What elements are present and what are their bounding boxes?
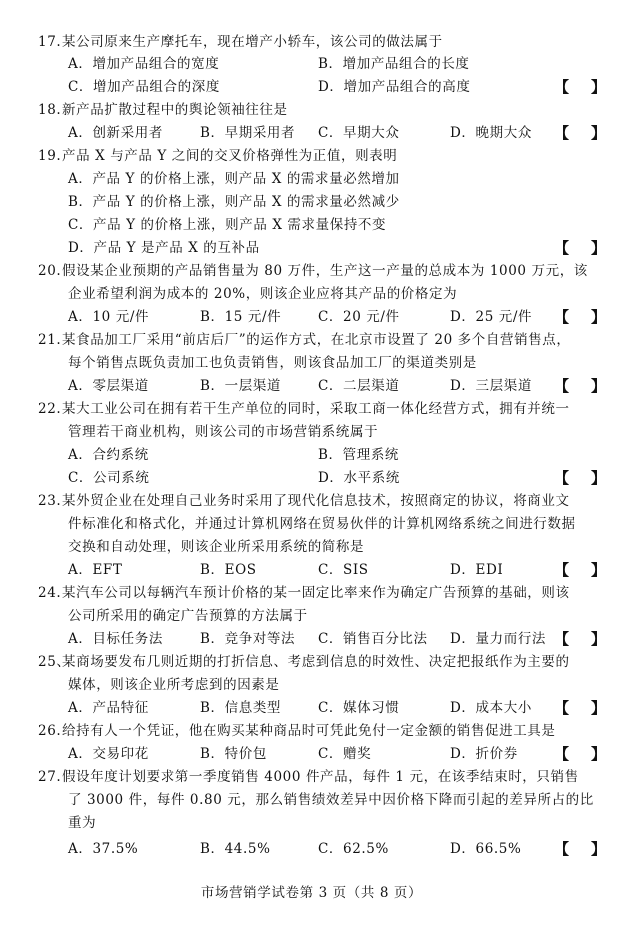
question-number: 24. <box>38 582 61 604</box>
option-c: C．赠奖 <box>318 743 371 765</box>
answer-bracket: 【】 <box>554 76 596 98</box>
question-number: 21. <box>38 329 61 351</box>
option-c: C．媒体习惯 <box>318 697 399 719</box>
option-b: B．管理系统 <box>318 444 399 466</box>
question-text: 假设某企业预期的产品销售量为 80 万件，生产这一产量的总成本为 1000 万元… <box>62 260 588 282</box>
question-text: 件标准化和格式化，并通过计算机网络在贸易伙伴的计算机网络系统之间进行数据 <box>68 513 576 535</box>
option-d: D．产品 Y 是产品 X 的互补品 <box>68 237 260 259</box>
question-text: 某大工业公司在拥有若干生产单位的同时，采取工商一体化经营方式，拥有并统一 <box>62 398 570 420</box>
question-text: 公司所采用的确定广告预算的方法属于 <box>68 605 308 627</box>
option-d: D．三层渠道 <box>450 375 532 397</box>
question-text: 某汽车公司以每辆汽车预计价格的某一固定比率来作为确定广告预算的基础，则该 <box>62 582 570 604</box>
question-number: 23. <box>38 490 61 512</box>
answer-bracket: 【】 <box>554 743 596 765</box>
answer-bracket: 【】 <box>554 697 596 719</box>
page-footer: 市场营销学试卷第 3 页（共 8 页） <box>0 881 623 901</box>
answer-bracket: 【】 <box>554 628 596 650</box>
question-text: 给持有人一个凭证，他在购买某种商品时可凭此免付一定金额的销售促进工具是 <box>62 720 556 742</box>
question-number: 18. <box>38 99 61 121</box>
question-text: 了 3000 件，每件 0.80 元，那么销售绩效差异中因价格下降而引起的差异所… <box>68 789 594 811</box>
option-c: C．销售百分比法 <box>318 628 428 650</box>
option-d: D．折价券 <box>450 743 518 765</box>
question-text: 假设年度计划要求第一季度销售 4000 件产品，每件 1 元，在该季结束时，只销… <box>62 766 579 788</box>
option-b: B．早期采用者 <box>200 122 295 144</box>
option-c: C．二层渠道 <box>318 375 399 397</box>
option-a: A．EFT <box>68 559 122 581</box>
question-number: 20. <box>38 260 61 282</box>
question-number: 19. <box>38 145 61 167</box>
option-c: C．20 元/件 <box>318 306 400 328</box>
question-text: 产品 X 与产品 Y 之间的交叉价格弹性为正值，则表明 <box>62 145 397 167</box>
option-b: B．增加产品组合的长度 <box>318 53 470 75</box>
answer-bracket: 【】 <box>554 306 596 328</box>
question-text: 每个销售点既负责加工也负责销售，则该食品加工厂的渠道类别是 <box>68 352 477 374</box>
option-d: D．66.5% <box>450 838 521 860</box>
question-text: 某食品加工厂采用“前店后厂”的运作方式，在北京市设置了 20 多个自营销售点， <box>62 329 570 351</box>
option-a: A．零层渠道 <box>68 375 149 397</box>
answer-bracket: 【】 <box>554 375 596 397</box>
option-d: D．EDI <box>450 559 503 581</box>
option-a: A．37.5% <box>68 838 138 860</box>
question-number: 22. <box>38 398 61 420</box>
option-a: A．增加产品组合的宽度 <box>68 53 219 75</box>
question-number: 27. <box>38 766 61 788</box>
question-number: 17. <box>38 31 61 53</box>
option-d: D．成本大小 <box>450 697 532 719</box>
option-a: A．创新采用者 <box>68 122 163 144</box>
option-b: B．EOS <box>200 559 257 581</box>
option-d: D．25 元/件 <box>450 306 532 328</box>
question-text: 管理若干商业机构，则该公司的市场营销系统属于 <box>68 421 378 443</box>
option-a: A．目标任务法 <box>68 628 163 650</box>
question-number: 26. <box>38 720 61 742</box>
option-a: A．交易印花 <box>68 743 149 765</box>
question-text: 交换和自动处理，则该企业所采用系统的简称是 <box>68 536 364 558</box>
option-d: D．增加产品组合的高度 <box>318 76 470 98</box>
answer-bracket: 【】 <box>554 237 596 259</box>
option-a: A．10 元/件 <box>68 306 149 328</box>
option-c: C．SIS <box>318 559 369 581</box>
option-a: A．产品特征 <box>68 697 149 719</box>
option-b: B．产品 Y 的价格上涨，则产品 X 的需求量必然减少 <box>68 191 400 213</box>
question-text: 某公司原来生产摩托车，现在增产小轿车，该公司的做法属于 <box>62 31 443 53</box>
question-text: 企业希望利润为成本的 20%，则该企业应将其产品的价格定为 <box>68 283 457 305</box>
option-b: B．特价包 <box>200 743 267 765</box>
answer-bracket: 【】 <box>554 559 596 581</box>
question-text: 某商场要发布几则近期的打折信息、考虑到信息的时效性、决定把报纸作为主要的 <box>62 651 570 673</box>
option-b: B．15 元/件 <box>200 306 281 328</box>
option-c: C．产品 Y 的价格上涨，则产品 X 需求量保持不变 <box>68 214 386 236</box>
option-d: D．量力而行法 <box>450 628 546 650</box>
question-text: 某外贸企业在处理自己业务时采用了现代化信息技术，按照商定的协议，将商业文 <box>62 490 570 512</box>
exam-page: 17. 某公司原来生产摩托车，现在增产小轿车，该公司的做法属于 A．增加产品组合… <box>0 0 623 927</box>
option-d: D．晚期大众 <box>450 122 532 144</box>
option-b: B．44.5% <box>200 838 271 860</box>
answer-bracket: 【】 <box>554 122 596 144</box>
option-b: B．信息类型 <box>200 697 281 719</box>
answer-bracket: 【】 <box>554 467 596 489</box>
answer-bracket: 【】 <box>554 838 596 860</box>
option-a: A．合约系统 <box>68 444 149 466</box>
option-d: D．水平系统 <box>318 467 400 489</box>
option-b: B．一层渠道 <box>200 375 281 397</box>
option-c: C．增加产品组合的深度 <box>68 76 220 98</box>
option-a: A．产品 Y 的价格上涨，则产品 X 的需求量必然增加 <box>68 168 400 190</box>
question-text: 重为 <box>68 812 96 834</box>
option-c: C．62.5% <box>318 838 389 860</box>
option-b: B．竞争对等法 <box>200 628 295 650</box>
question-text: 媒体，则该企业所考虑到的因素是 <box>68 674 280 696</box>
question-text: 新产品扩散过程中的舆论领袖往往是 <box>62 99 288 121</box>
option-c: C．早期大众 <box>318 122 399 144</box>
option-c: C．公司系统 <box>68 467 149 489</box>
